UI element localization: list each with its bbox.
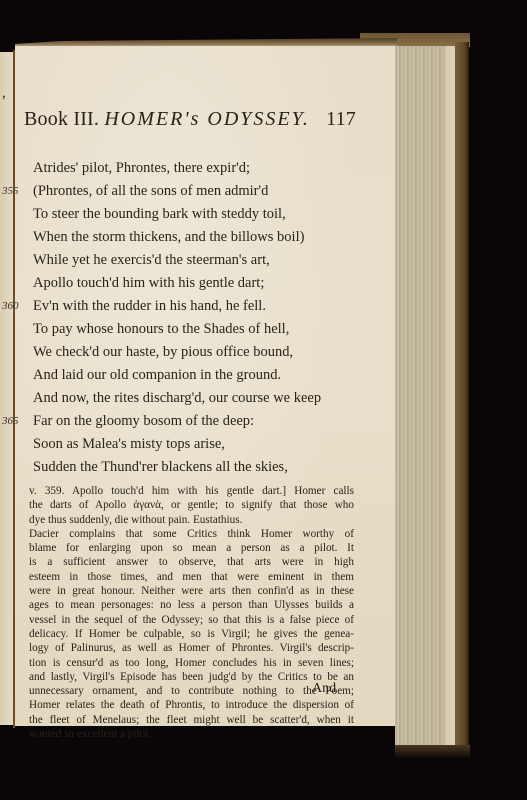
note-line: Homer relates the death of Phrontis, to … (29, 698, 354, 712)
gutter-fold (13, 50, 15, 728)
note-line: the fleet of Menelaus; the fleet might w… (29, 713, 354, 727)
previous-page-edge: , (0, 52, 14, 725)
note-line: Dacier complains that some Critics think… (29, 527, 354, 541)
work-title: HOMER's ODYSSEY. (104, 108, 310, 130)
verse-line: Apollo touch'd him with his gentle dart; (33, 273, 363, 293)
verse-line: To pay whose honours to the Shades of he… (33, 319, 363, 339)
note-line: were in great honour. Neither were arts … (29, 584, 354, 598)
note-line: the darts of Apollo ἀγανὰ, or gentle; to… (29, 498, 354, 512)
line-number-355: 355 (2, 185, 19, 197)
note-line: blame for enlarging upon so mean a perso… (29, 541, 354, 555)
verse-line: And now, the rites discharg'd, our cours… (33, 388, 363, 408)
note-line: v. 359. Apollo touch'd him with his gent… (29, 484, 354, 498)
running-head: Book III. HOMER's ODYSSEY. 117 (24, 108, 344, 131)
note-line: logy of Palinurus, as well as Homer of P… (29, 641, 354, 655)
note-line: and lastly, Virgil's Episode has been ju… (29, 670, 354, 684)
note-line: ages to mean personages: no less a perso… (29, 598, 354, 612)
verse-line: While yet he exercis'd the steerman's ar… (33, 250, 363, 270)
verse-line: (Phrontes, of all the sons of men admir'… (33, 181, 363, 201)
book-cover-edge (455, 42, 469, 752)
footnotes: v. 359. Apollo touch'd him with his gent… (29, 484, 354, 741)
note-line: tion is censur'd as too long, Homer conc… (29, 656, 354, 670)
verse-line: Ev'n with the rudder in his hand, he fel… (33, 296, 363, 316)
verse-line: Atrides' pilot, Phrontes, there expir'd; (33, 158, 363, 178)
page-number: 117 (326, 108, 356, 131)
catchword: And (312, 681, 336, 697)
verse-line: And laid our old companion in the ground… (33, 365, 363, 385)
verse-line: Soon as Malea's misty tops arise, (33, 434, 363, 454)
note-line: unnecessary ornament, and to contribute … (29, 684, 354, 698)
note-line: wanted so excellent a pilot. (29, 727, 354, 741)
note-line: esteem in those times, and men that were… (29, 570, 354, 584)
note-line: is a sufficient answer to observe, that … (29, 555, 354, 569)
note-line: vessel in the sequel of the Odyssey; so … (29, 613, 354, 627)
verse-line: We check'd our haste, by pious office bo… (33, 342, 363, 362)
note-line: delicacy. If Homer be culpable, so is Vi… (29, 627, 354, 641)
verse-line: Far on the gloomy bosom of the deep: (33, 411, 363, 431)
book-label: Book III. (24, 108, 99, 130)
verse-line: To steer the bounding bark with steddy t… (33, 204, 363, 224)
line-number-360: 360 (2, 300, 19, 312)
verse-line: Sudden the Thund'rer blackens all the sk… (33, 457, 363, 477)
previous-page-header-fragment: , (2, 85, 6, 102)
book-bottom-shadow (395, 745, 470, 759)
line-number-365: 365 (2, 415, 19, 427)
book-photo: , Book III. HOMER's ODYSSEY. 117 Atrides… (0, 0, 527, 800)
verse-line: When the storm thickens, and the billows… (33, 227, 363, 247)
note-line: dye thus suddenly, die without pain. Eus… (29, 513, 354, 527)
